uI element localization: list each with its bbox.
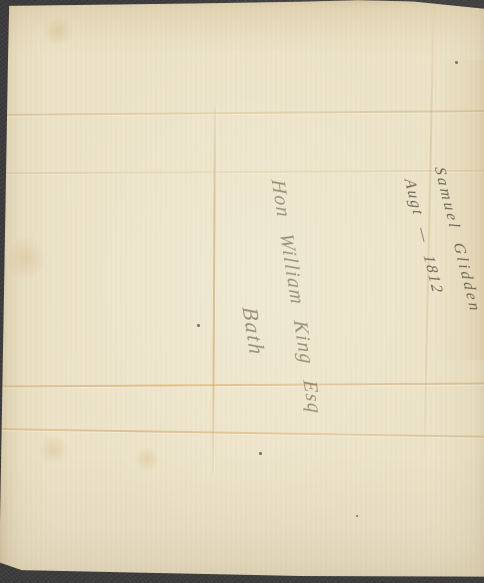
scanned-letter-cover: Samuel Glidden Augt — 1812 Hon William K… — [0, 0, 484, 583]
fold-crease-vertical-1 — [212, 106, 216, 476]
fold-crease-horizontal-4 — [0, 428, 484, 438]
ink-speck — [455, 61, 458, 64]
fold-crease-horizontal-1 — [0, 110, 484, 116]
age-stain — [8, 232, 44, 284]
letter-paper: Samuel Glidden Augt — 1812 Hon William K… — [0, 0, 484, 583]
ink-speck — [356, 515, 358, 517]
age-stain — [36, 436, 70, 464]
age-stain — [133, 447, 161, 471]
ink-speck — [259, 452, 262, 455]
age-stain — [42, 18, 74, 44]
ink-speck — [197, 324, 200, 327]
address-block: Hon William King Esq Bath — [205, 178, 340, 414]
